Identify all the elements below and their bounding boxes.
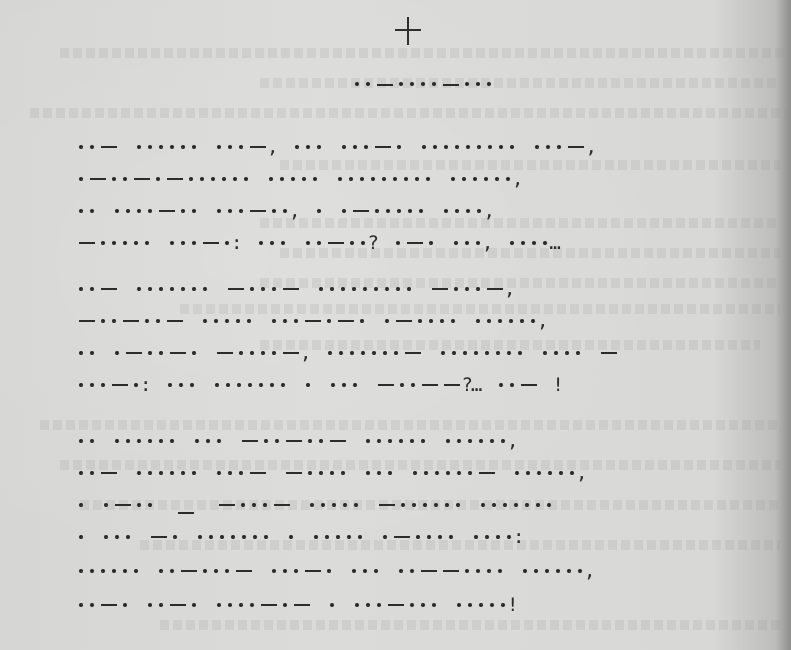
dot-glyph [192, 351, 196, 355]
dot-glyph [137, 209, 141, 213]
dot-glyph [366, 439, 370, 443]
dot-glyph [90, 209, 94, 213]
dash-glyph [283, 352, 299, 355]
dot-glyph [438, 535, 442, 539]
dot-glyph [314, 535, 318, 539]
dot-glyph [455, 209, 459, 213]
dot-glyph [415, 177, 419, 181]
morse-word: , [214, 135, 278, 159]
dot-glyph [393, 177, 397, 181]
dot-glyph [206, 439, 210, 443]
dot-glyph [446, 471, 450, 475]
dot-glyph [352, 569, 356, 573]
dot-glyph [112, 241, 116, 245]
morse-word [76, 135, 120, 159]
dash-glyph [377, 84, 393, 87]
morse-word [303, 373, 314, 397]
dash-glyph [101, 288, 117, 291]
dot-glyph [545, 569, 549, 573]
dot-glyph [526, 471, 530, 475]
dot-glyph [203, 287, 207, 291]
dot-glyph [217, 603, 221, 607]
dot-glyph [137, 471, 141, 475]
dot-glyph [308, 471, 312, 475]
morse-word [410, 461, 498, 485]
dot-glyph [272, 319, 276, 323]
dot-glyph [336, 535, 340, 539]
dot-glyph [488, 145, 492, 149]
dash-glyph [444, 384, 460, 387]
dot-glyph [302, 177, 306, 181]
dot-glyph [410, 569, 414, 573]
dot-glyph [354, 503, 358, 507]
dot-glyph [377, 471, 381, 475]
dot-glyph [148, 145, 152, 149]
dot-glyph [509, 319, 513, 323]
morse-word [283, 461, 349, 485]
dot-glyph [360, 177, 364, 181]
dot-glyph [148, 603, 152, 607]
morse-word [496, 373, 540, 397]
dot-glyph [388, 439, 392, 443]
dot-glyph [495, 177, 499, 181]
dot-glyph [350, 351, 354, 355]
dot-glyph [79, 351, 83, 355]
dot-glyph [507, 535, 511, 539]
dot-glyph [198, 535, 202, 539]
dot-glyph [281, 383, 285, 387]
dot-glyph [319, 439, 323, 443]
dash-glyph [181, 570, 197, 573]
dot-glyph [214, 569, 218, 573]
dot-glyph [521, 241, 525, 245]
dot-glyph [112, 177, 116, 181]
dot-glyph [294, 319, 298, 323]
dot-glyph [440, 319, 444, 323]
dot-glyph [250, 287, 254, 291]
dash-glyph [294, 604, 310, 607]
punctuation: , [537, 309, 548, 333]
dot-glyph [477, 145, 481, 149]
dot-glyph [145, 319, 149, 323]
punctuation: , [483, 199, 494, 223]
dot-glyph [79, 439, 83, 443]
dash-glyph [159, 210, 175, 213]
dot-glyph [123, 569, 127, 573]
dot-glyph [173, 535, 177, 539]
dot-glyph [181, 287, 185, 291]
morse-word [170, 493, 202, 517]
dot-glyph [239, 209, 243, 213]
dot-glyph [156, 319, 160, 323]
dot-glyph [225, 319, 229, 323]
dot-glyph [272, 287, 276, 291]
dot-glyph [377, 603, 381, 607]
dot-glyph [386, 209, 390, 213]
dot-glyph [399, 439, 403, 443]
dot-glyph [332, 503, 336, 507]
dot-glyph [496, 535, 500, 539]
morse-word [195, 525, 272, 549]
punctuation: : [513, 525, 524, 549]
morse-word [112, 429, 178, 453]
dot-glyph [90, 569, 94, 573]
dot-glyph [423, 503, 427, 507]
dot-glyph [327, 569, 331, 573]
morse-word: ?… [375, 373, 482, 397]
dot-glyph [352, 287, 356, 291]
dot-glyph [498, 319, 502, 323]
morse-word [134, 461, 200, 485]
dot-glyph [543, 351, 547, 355]
dot-glyph [294, 569, 298, 573]
dot-glyph [209, 535, 213, 539]
morse-word [200, 309, 255, 333]
dot-glyph [434, 503, 438, 507]
dash-glyph [261, 604, 277, 607]
dot-glyph [280, 177, 284, 181]
dot-glyph [192, 209, 196, 213]
dot-glyph [418, 319, 422, 323]
morse-word [382, 309, 459, 333]
dot-glyph [518, 351, 522, 355]
dot-glyph [259, 383, 263, 387]
dot-glyph [115, 209, 119, 213]
morse-word [269, 559, 335, 583]
dot-glyph [515, 471, 519, 475]
dash-glyph [330, 440, 346, 443]
punctuation: , [504, 277, 515, 301]
dot-glyph [79, 503, 83, 507]
dot-glyph [148, 351, 152, 355]
dot-glyph [454, 241, 458, 245]
dot-glyph [358, 535, 362, 539]
morse-word [540, 341, 584, 365]
dot-glyph [281, 241, 285, 245]
dot-glyph [375, 209, 379, 213]
dot-glyph [327, 319, 331, 323]
dot-glyph [159, 603, 163, 607]
dot-glyph [79, 383, 83, 387]
dot-glyph [474, 351, 478, 355]
dot-glyph [242, 535, 246, 539]
dot-glyph [433, 145, 437, 149]
dot-glyph [476, 287, 480, 291]
dot-glyph [399, 569, 403, 573]
dot-glyph [531, 319, 535, 323]
punctuation: : [231, 231, 242, 255]
dot-glyph [317, 209, 321, 213]
dot-glyph [536, 503, 540, 507]
dash-glyph [422, 384, 438, 387]
morse-word: , [448, 167, 523, 191]
punctuation: , [585, 135, 596, 159]
dot-glyph [421, 603, 425, 607]
dot-glyph [126, 439, 130, 443]
dot-glyph [270, 241, 274, 245]
dash-glyph [407, 242, 423, 245]
dot-glyph [411, 383, 415, 387]
dot-glyph [445, 503, 449, 507]
dot-glyph [350, 241, 354, 245]
dot-glyph [79, 535, 83, 539]
dot-glyph [498, 569, 502, 573]
dot-glyph [228, 145, 232, 149]
dot-glyph [330, 603, 334, 607]
dot-glyph [455, 145, 459, 149]
dot-glyph [79, 569, 83, 573]
dot-glyph [543, 241, 547, 245]
dash-glyph [101, 604, 117, 607]
dash-glyph [250, 472, 266, 475]
dot-glyph [382, 177, 386, 181]
dot-glyph [192, 145, 196, 149]
dot-glyph [269, 177, 273, 181]
dot-glyph [310, 503, 314, 507]
dot-glyph [211, 177, 215, 181]
dash-glyph [338, 320, 354, 323]
dot-glyph [554, 351, 558, 355]
dot-glyph [295, 145, 299, 149]
dot-glyph [181, 241, 185, 245]
poem-line: , [76, 461, 601, 485]
dash-glyph [305, 320, 321, 323]
morse-word [76, 593, 131, 617]
dash-glyph [521, 384, 537, 387]
dot-glyph [217, 145, 221, 149]
dot-glyph [90, 439, 94, 443]
dot-glyph [520, 319, 524, 323]
dot-glyph [361, 241, 365, 245]
dot-glyph [523, 569, 527, 573]
morse-word [134, 135, 200, 159]
dot-glyph [313, 177, 317, 181]
punctuation: ! [507, 593, 518, 617]
dot-glyph [134, 569, 138, 573]
dot-glyph [456, 503, 460, 507]
dot-glyph [479, 603, 483, 607]
dot-glyph [220, 535, 224, 539]
dot-glyph [559, 471, 563, 475]
poem-line: ,, [76, 135, 611, 159]
morse-word [156, 559, 255, 583]
dot-glyph [112, 319, 116, 323]
morse-word: : [76, 373, 151, 397]
morse-word [214, 593, 313, 617]
dot-glyph [253, 535, 257, 539]
dot-glyph [134, 241, 138, 245]
dot-glyph [476, 569, 480, 573]
dash-glyph [379, 504, 395, 507]
dash-glyph [126, 352, 142, 355]
poem-line: ,, [76, 199, 509, 223]
dot-glyph [137, 439, 141, 443]
dot-glyph [355, 82, 359, 86]
punctuation: … [549, 231, 560, 255]
dot-glyph [501, 603, 505, 607]
morse-word [307, 493, 362, 517]
morse-word [112, 199, 200, 223]
morse-word [335, 167, 434, 191]
dot-glyph [259, 241, 263, 245]
dot-glyph [200, 177, 204, 181]
dot-glyph [422, 145, 426, 149]
dot-glyph [385, 319, 389, 323]
poem-line: , [76, 429, 532, 453]
dot-glyph [557, 145, 561, 149]
poem-line: , [76, 167, 537, 191]
punctuation: , [482, 231, 493, 255]
dot-glyph [272, 569, 276, 573]
dash-glyph [219, 504, 235, 507]
dot-glyph [123, 177, 127, 181]
dot-glyph [342, 209, 346, 213]
dot-glyph [510, 145, 514, 149]
morse-word [76, 167, 252, 191]
dot-glyph [228, 471, 232, 475]
dot-glyph [104, 503, 108, 507]
morse-word [269, 309, 368, 333]
morse-word [76, 309, 186, 333]
dash-glyph [487, 288, 503, 291]
dot-glyph [396, 287, 400, 291]
dot-glyph [90, 287, 94, 291]
dot-glyph [476, 82, 480, 86]
dash-glyph [274, 504, 290, 507]
morse-word: , [214, 199, 300, 223]
morse-word [292, 135, 325, 159]
dot-glyph [537, 471, 541, 475]
dot-glyph [137, 287, 141, 291]
dot-glyph [492, 503, 496, 507]
dot-glyph [466, 209, 470, 213]
dash-glyph [250, 146, 266, 149]
dot-glyph [374, 569, 378, 573]
dot-glyph [477, 209, 481, 213]
dot-glyph [159, 351, 163, 355]
dot-glyph [372, 351, 376, 355]
dash-glyph [375, 146, 391, 149]
morse-word [76, 559, 142, 583]
dot-glyph [567, 569, 571, 573]
dot-glyph [468, 603, 472, 607]
dot-glyph [148, 503, 152, 507]
dot-glyph [397, 145, 401, 149]
dot-glyph [465, 569, 469, 573]
dot-glyph [355, 603, 359, 607]
dot-glyph [319, 287, 323, 291]
dash-glyph [134, 178, 150, 181]
dash-glyph [170, 352, 186, 355]
dot-glyph [192, 241, 196, 245]
morse-word [76, 461, 120, 485]
dot-glyph [473, 177, 477, 181]
morse-word [212, 373, 289, 397]
dot-glyph [306, 383, 310, 387]
dot-glyph [341, 471, 345, 475]
dot-glyph [179, 383, 183, 387]
dot-glyph [400, 383, 404, 387]
dot-glyph [159, 471, 163, 475]
dash-glyph [79, 320, 95, 323]
dot-glyph [170, 439, 174, 443]
dot-glyph [485, 351, 489, 355]
morse-word [286, 525, 297, 549]
dot-glyph [190, 383, 194, 387]
dot-glyph [181, 471, 185, 475]
dot-glyph [289, 535, 293, 539]
poem-line: ! [76, 593, 532, 617]
dot-glyph [123, 603, 127, 607]
dot-glyph [457, 439, 461, 443]
dash-glyph [115, 504, 131, 507]
poem-line: : [76, 525, 538, 549]
dot-glyph [412, 503, 416, 507]
dash-glyph [443, 570, 459, 573]
dot-glyph [306, 145, 310, 149]
dot-glyph [338, 177, 342, 181]
dot-glyph [454, 287, 458, 291]
dot-glyph [363, 287, 367, 291]
dot-glyph [490, 603, 494, 607]
dot-glyph [578, 569, 582, 573]
poem-line: :?,… [76, 231, 575, 255]
morse-word: , [473, 309, 548, 333]
morse-word [419, 135, 518, 159]
morse-word: , [441, 199, 494, 223]
dot-glyph [137, 145, 141, 149]
dot-glyph [159, 569, 163, 573]
dot-glyph [349, 177, 353, 181]
dot-glyph [228, 603, 232, 607]
dot-glyph [148, 209, 152, 213]
dash-glyph [405, 352, 421, 355]
dot-glyph [241, 503, 245, 507]
morse-word [76, 199, 98, 223]
dot-glyph [452, 351, 456, 355]
dot-glyph [170, 241, 174, 245]
dash-glyph [568, 146, 584, 149]
dot-glyph [435, 471, 439, 475]
dot-glyph [347, 535, 351, 539]
dot-glyph [148, 471, 152, 475]
dash-glyph [101, 472, 117, 475]
morse-word [101, 525, 134, 549]
dot-glyph [283, 569, 287, 573]
morse-word [225, 277, 302, 301]
morse-word [328, 373, 361, 397]
dash-glyph [79, 242, 95, 245]
dash-glyph [123, 320, 139, 323]
dot-glyph [217, 209, 221, 213]
dot-glyph [328, 351, 332, 355]
dot-glyph [134, 383, 138, 387]
dot-glyph [503, 503, 507, 507]
punctuation: , [267, 135, 278, 159]
dot-glyph [244, 177, 248, 181]
dash-glyph [421, 570, 437, 573]
dot-glyph [263, 503, 267, 507]
morse-word [598, 341, 620, 365]
dot-glyph [457, 471, 461, 475]
poem-line: , [76, 559, 609, 583]
dot-glyph [101, 569, 105, 573]
dot-glyph [283, 603, 287, 607]
dot-glyph [565, 351, 569, 355]
dot-glyph [239, 351, 243, 355]
poem-line: , [76, 341, 634, 365]
dot-glyph [90, 145, 94, 149]
